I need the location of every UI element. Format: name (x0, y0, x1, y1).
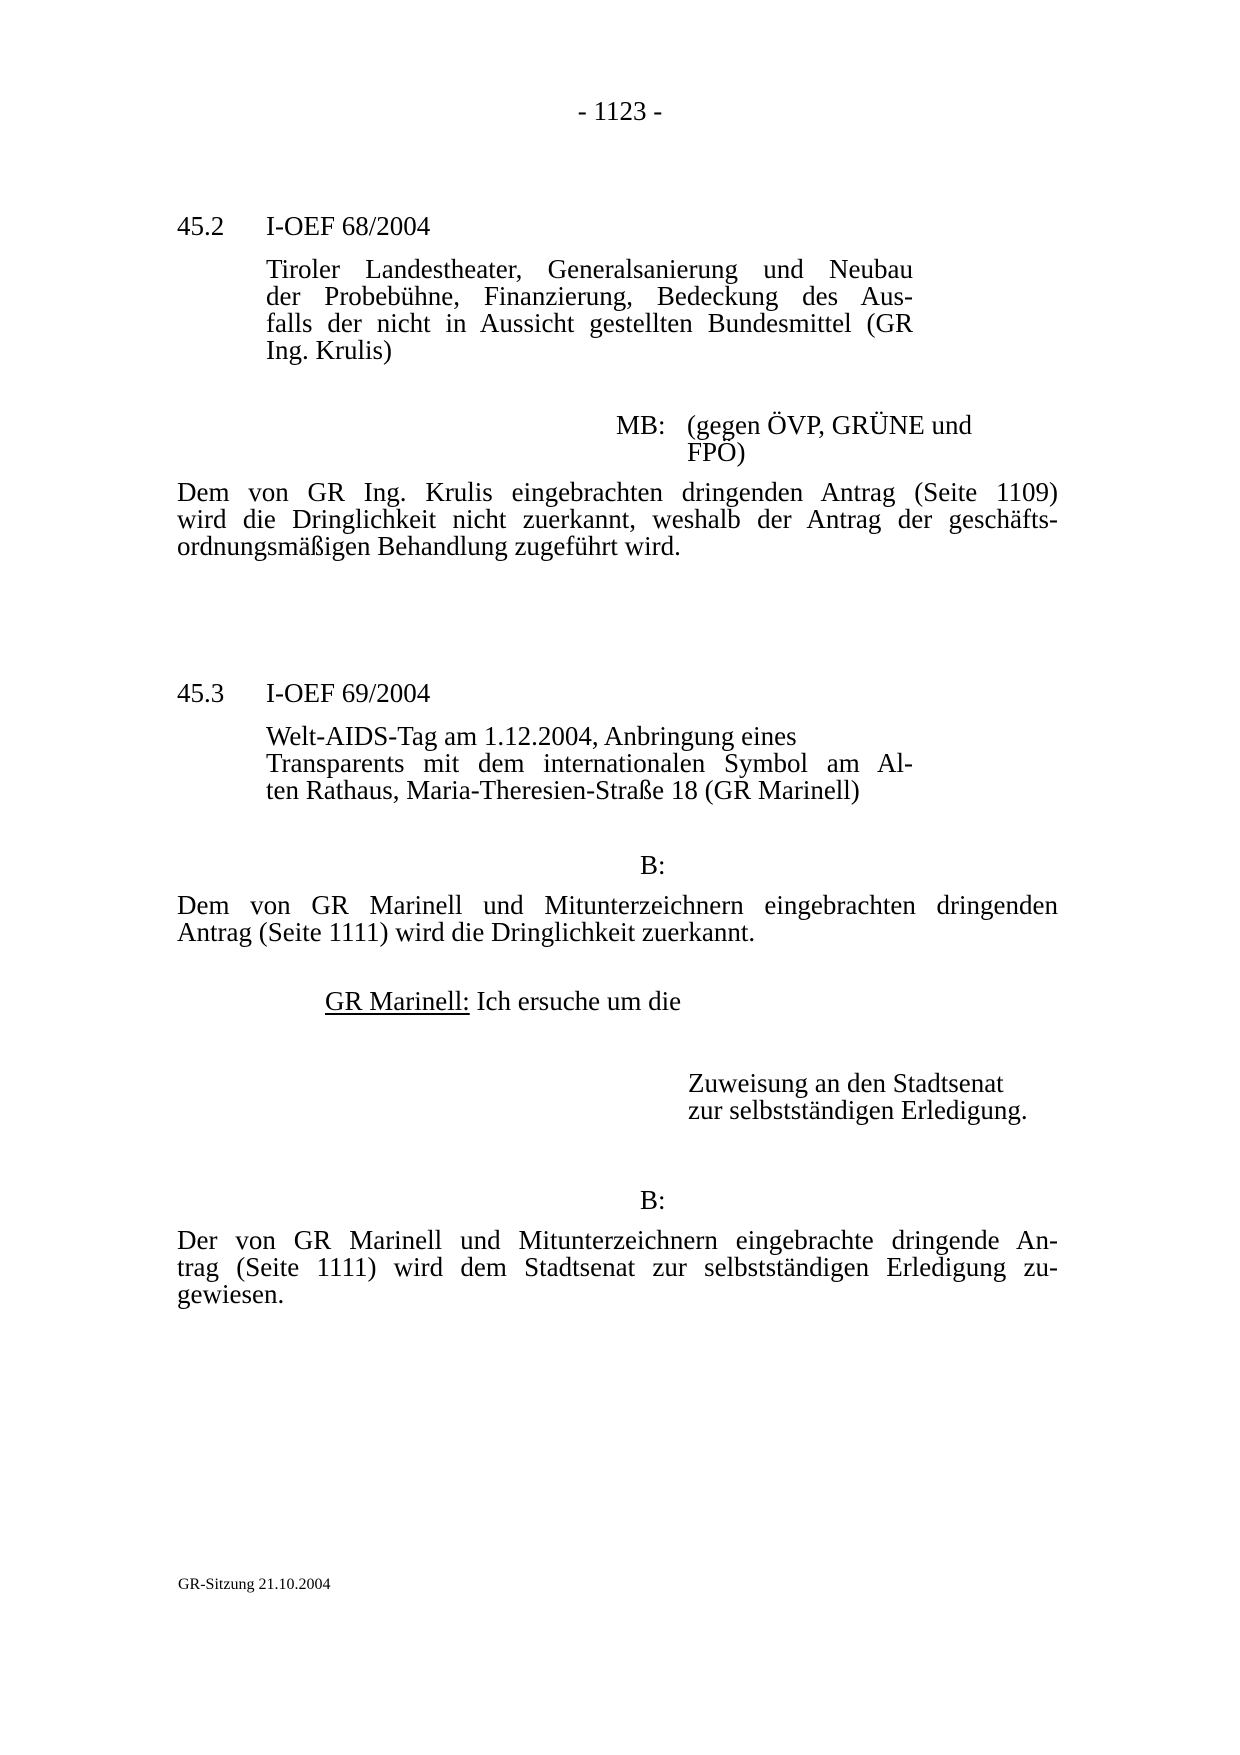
item-title-line: ten Rathaus, Maria-Theresien-Straße 18 (… (266, 777, 913, 804)
decision-note: (gegen ÖVP, GRÜNE und FPÖ) (687, 412, 972, 466)
decision-text-line: trag (Seite 1111) wird dem Stadtsenat zu… (177, 1254, 1058, 1281)
request-text: Zuweisung an den Stadtsenat zur selbstst… (688, 1070, 1028, 1124)
request-line: Zuweisung an den Stadtsenat (688, 1070, 1028, 1097)
speaker-name: GR Marinell: (325, 986, 470, 1016)
item-reference: I-OEF 68/2004 (266, 213, 430, 240)
item-title-line: Transparents mit dem internationalen Sym… (266, 750, 913, 777)
speaker-text: Ich ersuche um die (470, 986, 681, 1016)
speaker-statement: GR Marinell: Ich ersuche um die (325, 988, 681, 1015)
item-title: Tiroler Landestheater, Generalsanierung … (266, 256, 913, 364)
decision-text-line: Dem von GR Marinell und Mitunterzeichner… (177, 892, 1058, 919)
decision-text-line: Der von GR Marinell und Mitunterzeichner… (177, 1227, 1058, 1254)
decision-text: Der von GR Marinell und Mitunterzeichner… (177, 1227, 1058, 1308)
decision-text-line: ordnungsmäßigen Behandlung zugeführt wir… (177, 533, 1058, 560)
item-title: Welt-AIDS-Tag am 1.12.2004, Anbringung e… (266, 723, 913, 804)
item-number: 45.3 (177, 680, 224, 707)
decision-text-line: Antrag (Seite 1111) wird die Dringlichke… (177, 919, 1058, 946)
decision-text: Dem von GR Marinell und Mitunterzeichner… (177, 892, 1058, 946)
decision-text-line: Dem von GR Ing. Krulis eingebrachten dri… (177, 479, 1058, 506)
page-footer: GR-Sitzung 21.10.2004 (178, 1576, 330, 1594)
item-title-line: Welt-AIDS-Tag am 1.12.2004, Anbringung e… (266, 723, 913, 750)
page-number: - 1123 - (0, 96, 1240, 127)
decision-note-line: (gegen ÖVP, GRÜNE und (687, 412, 972, 439)
item-title-line: der Probebühne, Finanzierung, Bedeckung … (266, 283, 913, 310)
decision-note-line: FPÖ) (687, 439, 972, 466)
item-title-line: Ing. Krulis) (266, 337, 913, 364)
item-reference: I-OEF 69/2004 (266, 680, 430, 707)
request-line: zur selbstständigen Erledigung. (688, 1097, 1028, 1124)
item-title-line: Tiroler Landestheater, Generalsanierung … (266, 256, 913, 283)
decision-label: B: (640, 1187, 666, 1214)
item-number: 45.2 (177, 213, 224, 240)
decision-text: Dem von GR Ing. Krulis eingebrachten dri… (177, 479, 1058, 560)
decision-label: MB: (616, 412, 666, 439)
decision-text-line: wird die Dringlichkeit nicht zuerkannt, … (177, 506, 1058, 533)
decision-text-line: gewiesen. (177, 1281, 1058, 1308)
item-title-line: falls der nicht in Aussicht gestellten B… (266, 310, 913, 337)
decision-label: B: (640, 852, 666, 879)
